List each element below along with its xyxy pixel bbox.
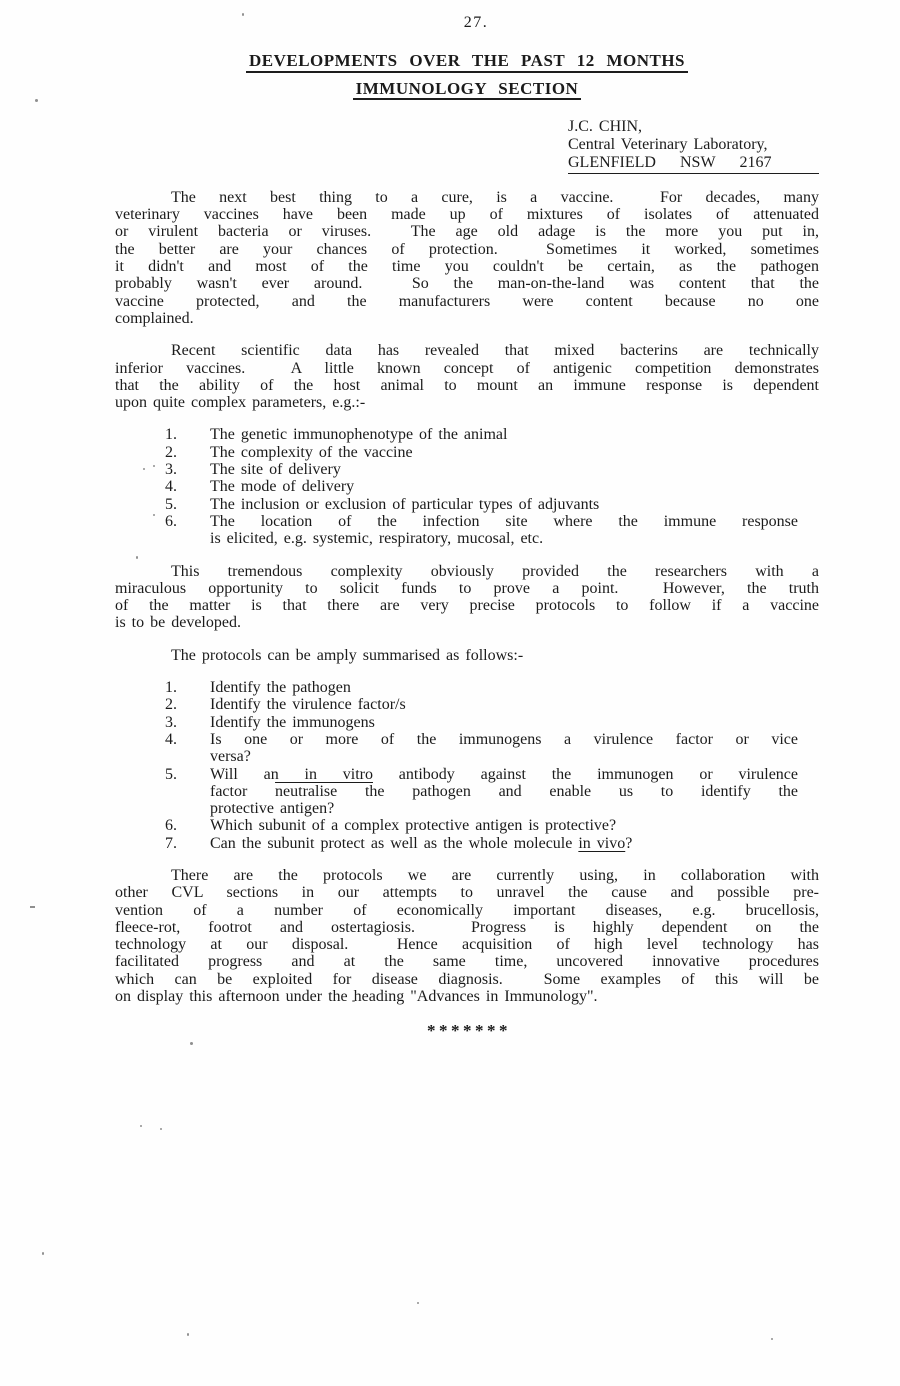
list-item-text: Which subunit of a complex protective an… xyxy=(210,817,798,834)
subtitle-row: IMMUNOLOGY SECTION xyxy=(115,80,819,100)
text-line: protective antigen? xyxy=(210,800,798,817)
doc-title: DEVELOPMENTS OVER THE PAST 12 MONTHS xyxy=(246,52,688,72)
list-item: 2.Identify the virulence factor/s xyxy=(165,696,819,713)
text-line: the better are your chances of protectio… xyxy=(115,241,819,258)
list-item: 7.Can the subunit protect as well as the… xyxy=(165,835,819,852)
text-line: factor neutralise the pathogen and enabl… xyxy=(210,783,798,800)
author-address: GLENFIELD NSW 2167 xyxy=(568,154,819,174)
list-item-text: Is one or more of the immunogens a virul… xyxy=(210,731,798,766)
list-item-number: 1. xyxy=(165,679,177,696)
text-line: Recent scientific data has revealed that… xyxy=(115,342,819,359)
asterisk-divider: ******* xyxy=(115,1022,819,1039)
list-item-text: Will an in vitro antibody against the im… xyxy=(210,766,798,818)
list-item: 3.The site of delivery xyxy=(165,461,819,478)
list-item-text: The location of the infection site where… xyxy=(210,513,798,548)
text-line: fleece-rot, footrot and ostertagiosis. P… xyxy=(115,919,819,936)
text-line: that the ability of the host animal to m… xyxy=(115,377,819,394)
text-line: The complexity of the vaccine xyxy=(210,444,798,461)
list-item-number: 6. xyxy=(165,513,177,530)
list-item-number: 4. xyxy=(165,478,177,495)
text-line: Will an in vitro antibody against the im… xyxy=(210,766,798,783)
list-item: 6.The location of the infection site whe… xyxy=(165,513,819,548)
text-line: The genetic immunophenotype of the anima… xyxy=(210,426,798,443)
list-item: 2.The complexity of the vaccine xyxy=(165,444,819,461)
list-item-text: The inclusion or exclusion of particular… xyxy=(210,496,798,513)
text-line: technology at our disposal. Hence acquis… xyxy=(115,936,819,953)
text-line: The protocols can be amply summarised as… xyxy=(115,647,819,664)
text-line: The location of the infection site where… xyxy=(210,513,798,530)
list-item-number: 2. xyxy=(165,696,177,713)
list-item-text: Can the subunit protect as well as the w… xyxy=(210,835,798,852)
text-line: is to be developed. xyxy=(115,614,819,631)
page-number: 27. xyxy=(115,14,819,31)
text-line: or virulent bacteria or viruses. The age… xyxy=(115,223,819,240)
list-item: 4.The mode of delivery xyxy=(165,478,819,495)
text-line: This tremendous complexity obviously pro… xyxy=(115,563,819,580)
text-line: The mode of delivery xyxy=(210,478,798,495)
list-item: 1.The genetic immunophenotype of the ani… xyxy=(165,426,819,443)
list-item: 5.The inclusion or exclusion of particul… xyxy=(165,496,819,513)
list-item-number: 3. xyxy=(165,461,177,478)
protocols-numbered-list: 1.Identify the pathogen2.Identify the vi… xyxy=(165,679,819,852)
list-item-number: 4. xyxy=(165,731,177,748)
author-name: J.C. CHIN, xyxy=(568,118,819,136)
text-line: other CVL sections in our attempts to un… xyxy=(115,884,819,901)
text-line: of the matter is that there are very pre… xyxy=(115,597,819,614)
text-line: versa? xyxy=(210,748,798,765)
text-line: Identify the pathogen xyxy=(210,679,798,696)
text-line: Can the subunit protect as well as the w… xyxy=(210,835,798,852)
list-item-number: 5. xyxy=(165,766,177,783)
scan-speck xyxy=(35,99,38,102)
text-line: inferior vaccines. A little known concep… xyxy=(115,360,819,377)
scan-speck xyxy=(140,1125,142,1127)
page-content: 27. DEVELOPMENTS OVER THE PAST 12 MONTHS… xyxy=(115,0,819,1040)
text-line: There are the protocols we are currently… xyxy=(115,867,819,884)
text-line: vaccine protected, and the manufacturers… xyxy=(115,293,819,310)
list-item-text: Identify the virulence factor/s xyxy=(210,696,798,713)
text-line: Is one or more of the immunogens a virul… xyxy=(210,731,798,748)
text-line: is elicited, e.g. systemic, respiratory,… xyxy=(210,530,798,547)
author-block: J.C. CHIN, Central Veterinary Laboratory… xyxy=(568,118,819,174)
text-line: it didn't and most of the time you could… xyxy=(115,258,819,275)
text-line: complained. xyxy=(115,310,819,327)
paragraph-closing: There are the protocols we are currently… xyxy=(115,867,819,1005)
paragraph-protocols-lead: The protocols can be amply summarised as… xyxy=(115,647,819,664)
paragraph-intro-vaccine: The next best thing to a cure, is a vacc… xyxy=(115,189,819,327)
list-item-text: The complexity of the vaccine xyxy=(210,444,798,461)
list-item-number: 5. xyxy=(165,496,177,513)
list-item: 1.Identify the pathogen xyxy=(165,679,819,696)
list-item-text: The site of delivery xyxy=(210,461,798,478)
text-line: vention of a number of economically impo… xyxy=(115,902,819,919)
list-item: 4.Is one or more of the immunogens a vir… xyxy=(165,731,819,766)
scan-speck xyxy=(242,13,244,16)
scan-speck xyxy=(153,465,155,467)
text-line: upon quite complex parameters, e.g.:- xyxy=(115,394,819,411)
text-line: Which subunit of a complex protective an… xyxy=(210,817,798,834)
scanned-document-page: 27. DEVELOPMENTS OVER THE PAST 12 MONTHS… xyxy=(0,0,900,1386)
text-line: The next best thing to a cure, is a vacc… xyxy=(115,189,819,206)
author-organisation: Central Veterinary Laboratory, xyxy=(568,136,819,154)
text-line: which can be exploited for disease diagn… xyxy=(115,971,819,988)
parameters-numbered-list: 1.The genetic immunophenotype of the ani… xyxy=(165,426,819,547)
list-item-number: 1. xyxy=(165,426,177,443)
scan-speck xyxy=(187,1333,189,1336)
list-item-number: 2. xyxy=(165,444,177,461)
scan-speck xyxy=(153,514,155,516)
scan-speck xyxy=(190,1042,193,1045)
title-row: DEVELOPMENTS OVER THE PAST 12 MONTHS xyxy=(115,52,819,72)
text-line: Identify the virulence factor/s xyxy=(210,696,798,713)
paragraph-mixed-bacterins: Recent scientific data has revealed that… xyxy=(115,342,819,411)
list-item-text: Identify the immunogens xyxy=(210,714,798,731)
list-item-number: 7. xyxy=(165,835,177,852)
list-item-text: The mode of delivery xyxy=(210,478,798,495)
list-item-number: 6. xyxy=(165,817,177,834)
paragraph-complexity: This tremendous complexity obviously pro… xyxy=(115,563,819,632)
text-line: Identify the immunogens xyxy=(210,714,798,731)
scan-speck xyxy=(143,468,145,470)
list-item: 6.Which subunit of a complex protective … xyxy=(165,817,819,834)
scan-speck xyxy=(30,906,35,908)
list-item-text: The genetic immunophenotype of the anima… xyxy=(210,426,798,443)
scan-speck xyxy=(160,1128,162,1130)
list-item: 3.Identify the immunogens xyxy=(165,714,819,731)
list-item-text: Identify the pathogen xyxy=(210,679,798,696)
text-line: on display this afternoon under the head… xyxy=(115,988,819,1005)
list-item-number: 3. xyxy=(165,714,177,731)
text-line: The site of delivery xyxy=(210,461,798,478)
scan-speck xyxy=(42,1252,44,1255)
text-line: facilitated progress and at the same tim… xyxy=(115,953,819,970)
doc-subtitle: IMMUNOLOGY SECTION xyxy=(353,80,582,100)
scan-speck xyxy=(136,556,138,559)
scan-speck xyxy=(417,1302,419,1304)
text-line: probably wasn't ever around. So the man-… xyxy=(115,275,819,292)
text-line: miraculous opportunity to solicit funds … xyxy=(115,580,819,597)
text-line: The inclusion or exclusion of particular… xyxy=(210,496,798,513)
list-item: 5.Will an in vitro antibody against the … xyxy=(165,766,819,818)
text-line: veterinary vaccines have been made up of… xyxy=(115,206,819,223)
scan-speck xyxy=(352,1000,355,1002)
scan-speck xyxy=(771,1338,773,1340)
